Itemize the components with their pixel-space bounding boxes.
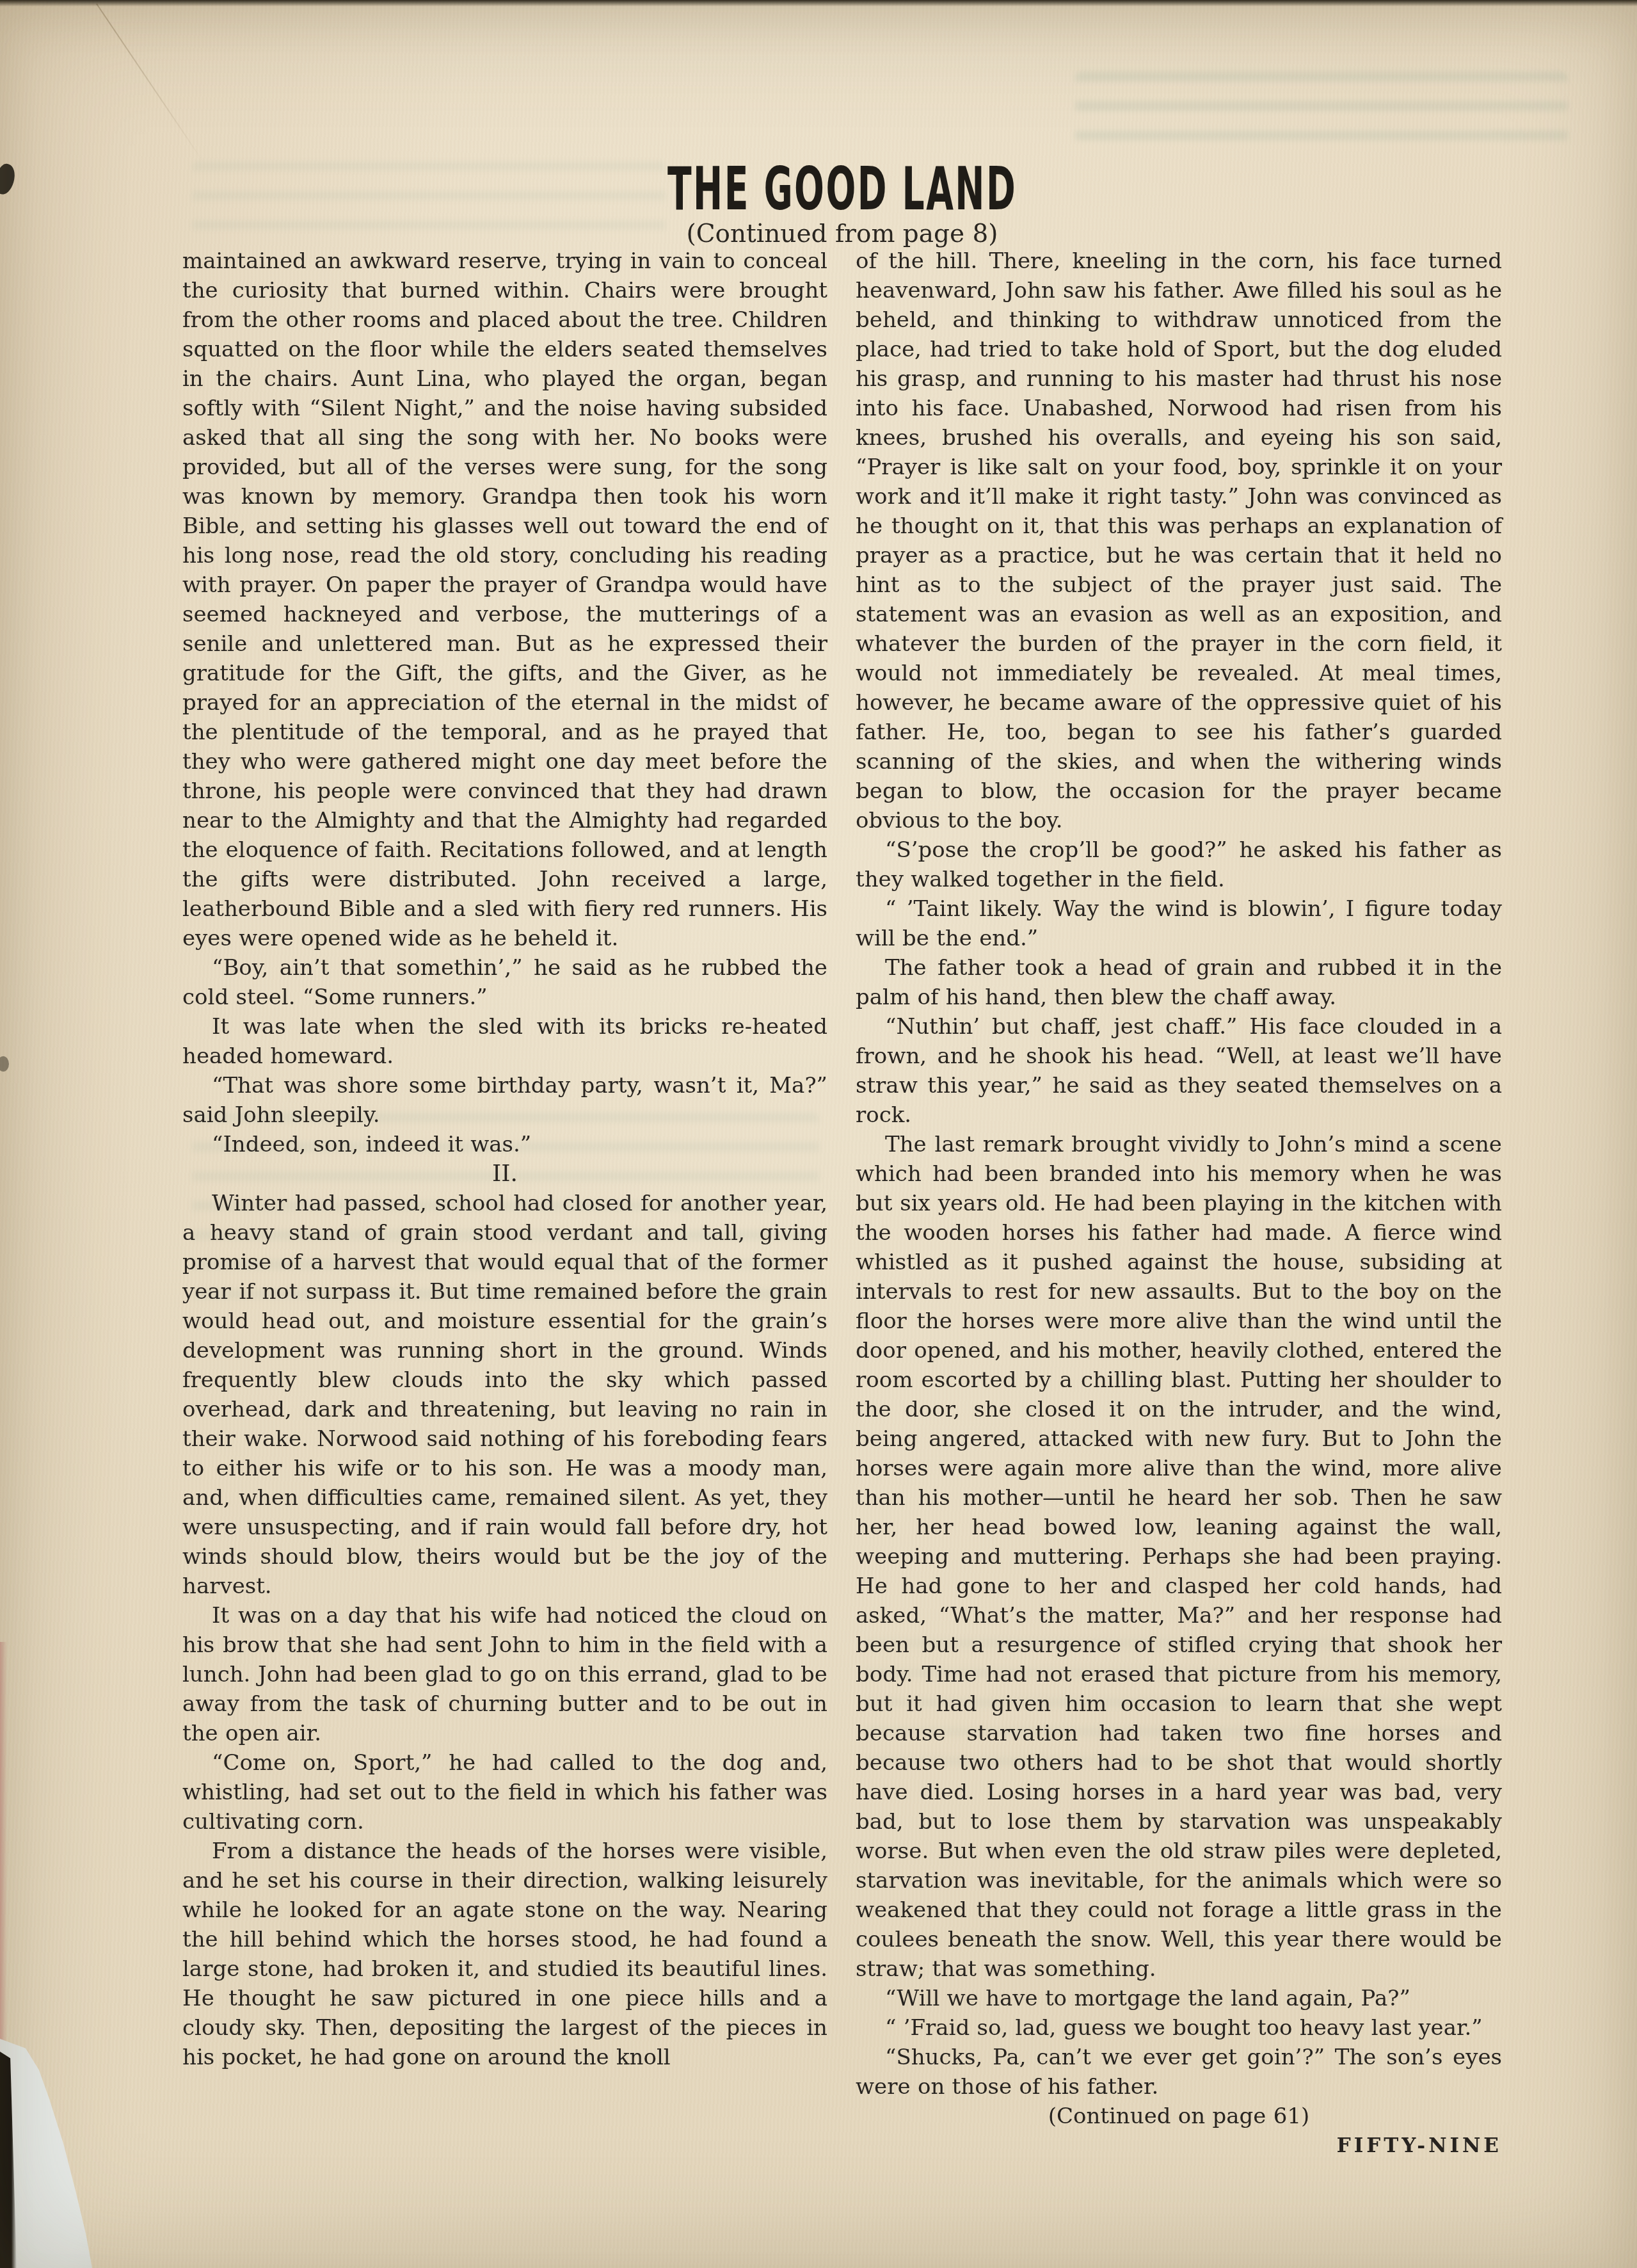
paper-crease bbox=[96, 3, 204, 163]
paragraph: It was on a day that his wife had notice… bbox=[182, 1601, 827, 1748]
paragraph: The last remark brought vividly to John’… bbox=[856, 1130, 1502, 1984]
paragraph: “ ’Taint likely. Way the wind is blowin’… bbox=[856, 894, 1502, 953]
paragraph: of the hill. There, kneeling in the corn… bbox=[856, 246, 1502, 835]
continued-on-note: (Continued on page 61) bbox=[856, 2102, 1502, 2131]
torn-corner bbox=[0, 2029, 205, 2268]
paragraph: “Indeed, son, indeed it was.” bbox=[182, 1130, 827, 1159]
ink-smudge bbox=[0, 1056, 9, 1072]
paragraph: From a distance the heads of the horses … bbox=[182, 1837, 827, 2072]
page-number: FIFTY-NINE bbox=[856, 2131, 1502, 2160]
continued-from-note: (Continued from page 8) bbox=[182, 220, 1502, 248]
bleed-through-ghost bbox=[1075, 72, 1568, 143]
paragraph: Winter had passed, school had closed for… bbox=[182, 1189, 827, 1601]
paragraph: “Will we have to mortgage the land again… bbox=[856, 1984, 1502, 2013]
paragraph: “Nuthin’ but chaff, jest chaff.” His fac… bbox=[856, 1012, 1502, 1130]
paragraph: “S’pose the crop’ll be good?” he asked h… bbox=[856, 835, 1502, 894]
paragraph: It was late when the sled with its brick… bbox=[182, 1012, 827, 1071]
paragraph: maintained an awkward reserve, trying in… bbox=[182, 246, 827, 953]
article-header: THE GOOD LAND (Continued from page 8) bbox=[182, 160, 1502, 248]
paragraph: “ ’Fraid so, lad, guess we bought too he… bbox=[856, 2013, 1502, 2043]
paragraph: “Boy, ain’t that somethin’,” he said as … bbox=[182, 953, 827, 1012]
paragraph: “That was shore some birthday party, was… bbox=[182, 1071, 827, 1130]
ink-smudge bbox=[0, 162, 18, 197]
text-column-right: of the hill. There, kneeling in the corn… bbox=[856, 246, 1502, 2160]
scan-edge bbox=[0, 0, 1637, 6]
paragraph: “Come on, Sport,” he had called to the d… bbox=[182, 1748, 827, 1837]
scan-edge-tint bbox=[0, 1642, 7, 2058]
text-column-left: maintained an awkward reserve, trying in… bbox=[182, 246, 827, 2072]
paragraph: “Shucks, Pa, can’t we ever get goin’?” T… bbox=[856, 2043, 1502, 2102]
paragraph: The father took a head of grain and rubb… bbox=[856, 953, 1502, 1012]
article-title: THE GOOD LAND bbox=[667, 160, 1017, 219]
magazine-page-scan: THE GOOD LAND (Continued from page 8) ma… bbox=[0, 0, 1637, 2268]
section-heading: II. bbox=[182, 1159, 827, 1189]
